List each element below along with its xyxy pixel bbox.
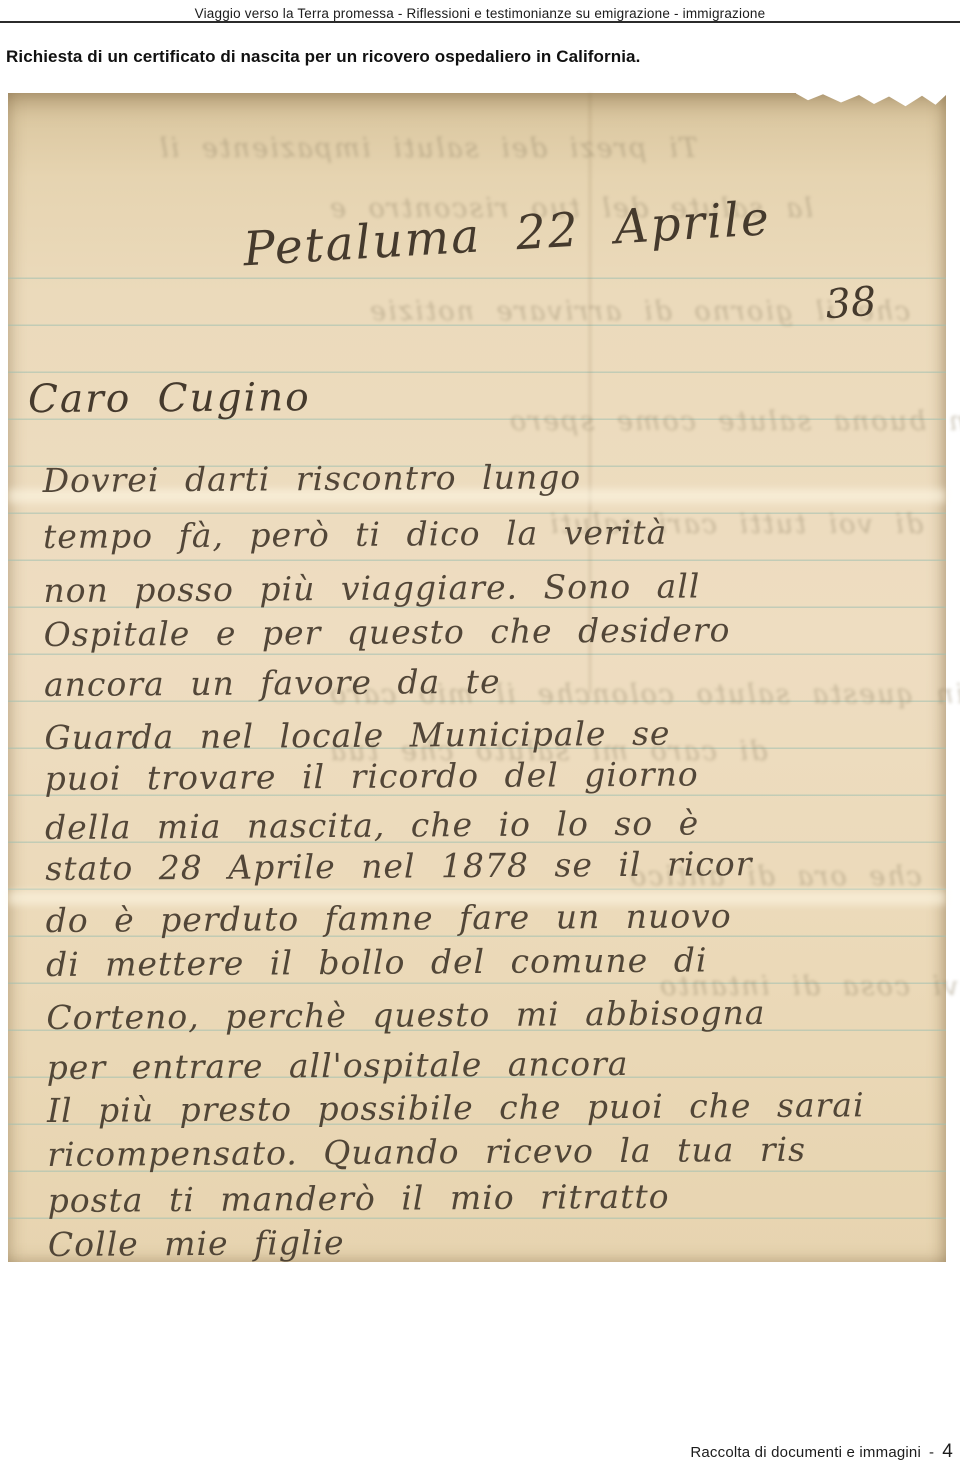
- letter-line: non posso più viaggiare. Sono all: [43, 569, 700, 607]
- letter-line: puoi trovare il ricordo del giorno: [45, 757, 699, 795]
- letter-line: di mettere il bollo del comune di: [46, 943, 708, 981]
- document-page: Viaggio verso la Terra promessa - Rifles…: [0, 0, 960, 1469]
- letter-salutation: Caro Cugino: [28, 378, 311, 419]
- letter-line: posta ti manderò il mio ritratto: [48, 1180, 670, 1217]
- letter-line: stato 28 Aprile nel 1878 se il ricor: [45, 847, 752, 885]
- letter-line: Ospitale e per questo che desidero: [44, 613, 731, 651]
- handwriting-layer: Petaluma 22 Aprile 38 Caro Cugino Dovrei…: [4, 90, 950, 1266]
- letter-line: Il più presto possibile che puoi che sar…: [47, 1088, 865, 1127]
- page-header: Viaggio verso la Terra promessa - Rifles…: [0, 6, 960, 21]
- letter-line: Colle mie figlie: [48, 1226, 345, 1261]
- letter-line: Corteno, perchè questo mi abbisogna: [46, 996, 765, 1034]
- letter-line: Guarda nel locale Municipale se: [44, 717, 670, 754]
- letter-dateline: Petaluma 22 Aprile: [242, 195, 772, 273]
- letter-line: Dovrei darti riscontro lungo: [42, 460, 581, 497]
- letter-line: do è perduto famne fare un nuovo: [46, 899, 732, 937]
- letter-line: della mia nascita, che io lo so è: [45, 806, 699, 844]
- footer-caption: Raccolta di documenti e immagini-4: [690, 1441, 953, 1463]
- footer-separator: -: [929, 1444, 934, 1461]
- footer-page-number: 4: [942, 1441, 953, 1462]
- footer-label: Raccolta di documenti e immagini: [690, 1444, 921, 1461]
- header-divider: [0, 21, 960, 23]
- letter-line: ricompensato. Quando ricevo la tua ris: [47, 1133, 806, 1171]
- letter-line: tempo fà, però ti dico la verità: [43, 516, 667, 553]
- page-title: Richiesta di un certificato di nascita p…: [6, 47, 640, 67]
- letter-line: ancora un favore da te: [44, 665, 501, 701]
- letter-year: 38: [824, 281, 878, 325]
- letter-scan-image: Ti prezi dei saluti impaziente il la sal…: [8, 93, 946, 1262]
- letter-line: per entrare all'ospitale ancora: [47, 1047, 629, 1084]
